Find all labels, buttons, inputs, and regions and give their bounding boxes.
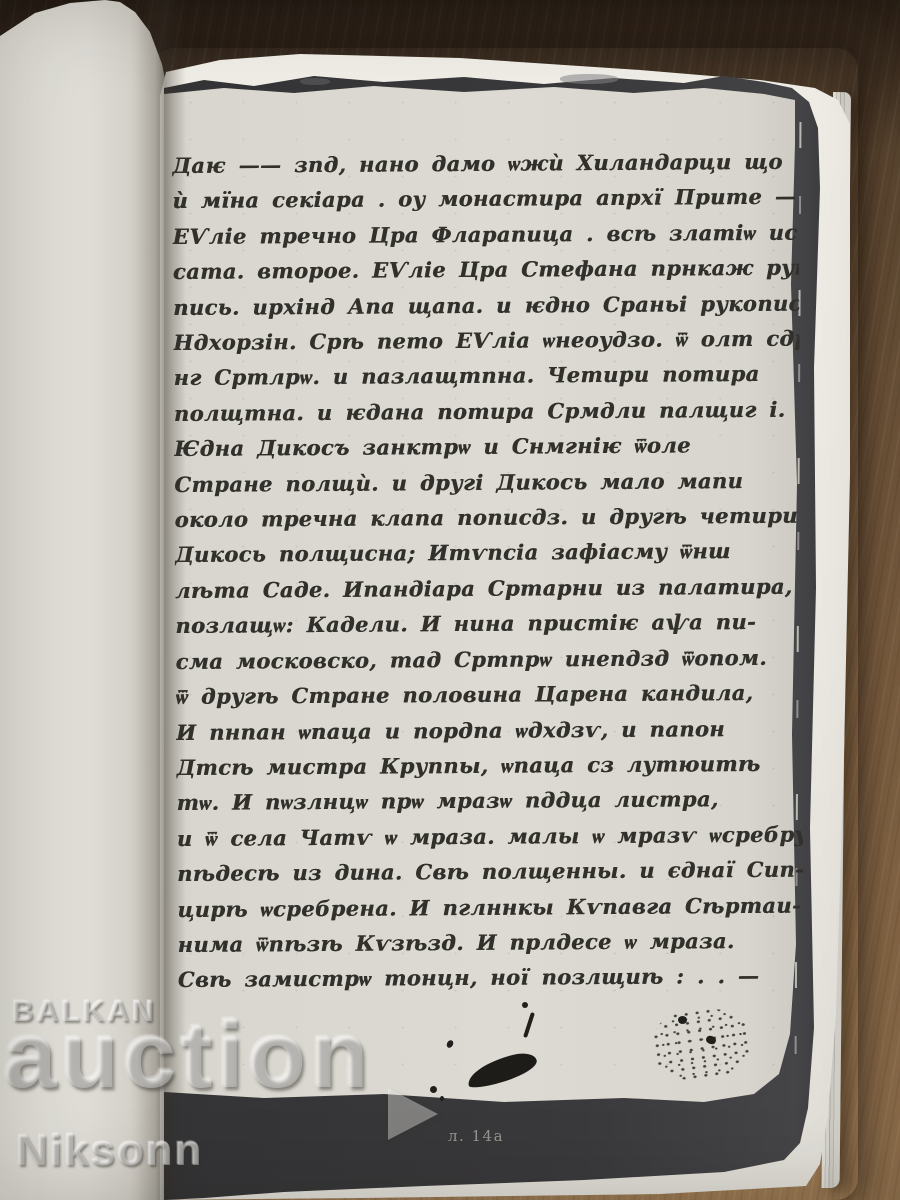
watermark-auction: auction bbox=[4, 1008, 373, 1102]
watermark-niksonn: Niksonn bbox=[16, 1126, 204, 1176]
manuscript-line: цирѣ ѡсребрена. И пглннкы Кѵпавга Сѣртаи… bbox=[177, 887, 803, 927]
manuscript-handwriting: Даѥ —— зпд, нано дамо ѡжѝ Хиландарци щоѝ… bbox=[172, 144, 804, 998]
manuscript-line: полщтна. и ѥдана потира Срмдли палщиг і. bbox=[174, 391, 800, 431]
photo-of-open-book: Даѥ —— зпд, нано дамо ѡжѝ Хиландарци щоѝ… bbox=[0, 0, 900, 1200]
ink-blot bbox=[440, 1096, 444, 1101]
manuscript-line: ѿ другѣ Стране половина Царена кандила, bbox=[176, 675, 802, 715]
manuscript-line: Дтсѣ мистра Круппы, ѡпаца сз лутюитѣ bbox=[176, 746, 802, 786]
manuscript-line: пись. ирхінд Апа щапа. и ѥдно Сраньі рук… bbox=[173, 285, 799, 325]
manuscript-line: ЕѴліе тречно Цра Фларапица . всѣ златіѡ … bbox=[172, 214, 798, 254]
manuscript-line: и ѿ села Чатѵ ѡ мраза. малы ѡ мразѵ ѡсре… bbox=[177, 816, 803, 856]
manuscript-line: Свѣ замистрѡ тонцн, ної позлщиѣ : . . — bbox=[178, 958, 804, 998]
manuscript-line: Ѥдна Дикосъ занктрѡ и Снмгніѥ ѿоле bbox=[174, 427, 800, 467]
manuscript-line: нг Сртлрѡ. и пазлащтпна. Четири потира bbox=[173, 356, 799, 396]
ink-blot bbox=[678, 1016, 687, 1024]
manuscript-line: сма московско, тад Сртпрѡ инепдзд ѿопом. bbox=[175, 639, 801, 679]
manuscript-line: И пнпан ѡпаца и пордпа ѡдхдзѵ, и папон bbox=[176, 710, 802, 750]
manuscript-line: Ндхорзін. Срѣ пето ЕѴліа ѡнеоудзо. ѿ олт… bbox=[173, 321, 799, 361]
manuscript-line: Дикось полщисна; Итѵпсіа зафіасму ѿнш bbox=[175, 533, 801, 573]
frame-tear-mark bbox=[560, 74, 618, 84]
manuscript-line: тѡ. И пѡзлнцѡ прѡ мразѡ пддца листра, bbox=[176, 781, 802, 821]
manuscript-line: сата. второе. ЕѴліе Цра Стефана прнкаж р… bbox=[173, 250, 799, 290]
manuscript-line: ѝ мїна секіара . оу монастира апрхї Прит… bbox=[172, 179, 798, 219]
frame-tear-mark bbox=[300, 78, 330, 85]
ink-blot bbox=[522, 1002, 528, 1008]
watermark-arrow-icon bbox=[388, 1088, 438, 1140]
manuscript-line: нима ѿпѣзѣ Кѵзѣзд. И прлдесе ѡ мраза. bbox=[177, 923, 803, 963]
manuscript-line: около тречна клапа пописдз. и другѣ чети… bbox=[174, 498, 800, 538]
manuscript-line: Стране полщѝ. и другі Дикось мало мапи bbox=[174, 462, 800, 502]
manuscript-line: Даѥ —— зпд, нано дамо ѡжѝ Хиландарци що bbox=[172, 144, 798, 184]
manuscript-line: лѣта Саде. Ипандіара Сртарни из палатира… bbox=[175, 568, 801, 608]
folio-caption: л. 14а bbox=[436, 1127, 516, 1145]
manuscript-line: пѣдесѣ из дина. Свѣ полщенны. и єднаї Си… bbox=[177, 852, 803, 892]
manuscript-line: позлащѡ: Кадели. И нина пристіѥ аѱа пи- bbox=[175, 604, 801, 644]
